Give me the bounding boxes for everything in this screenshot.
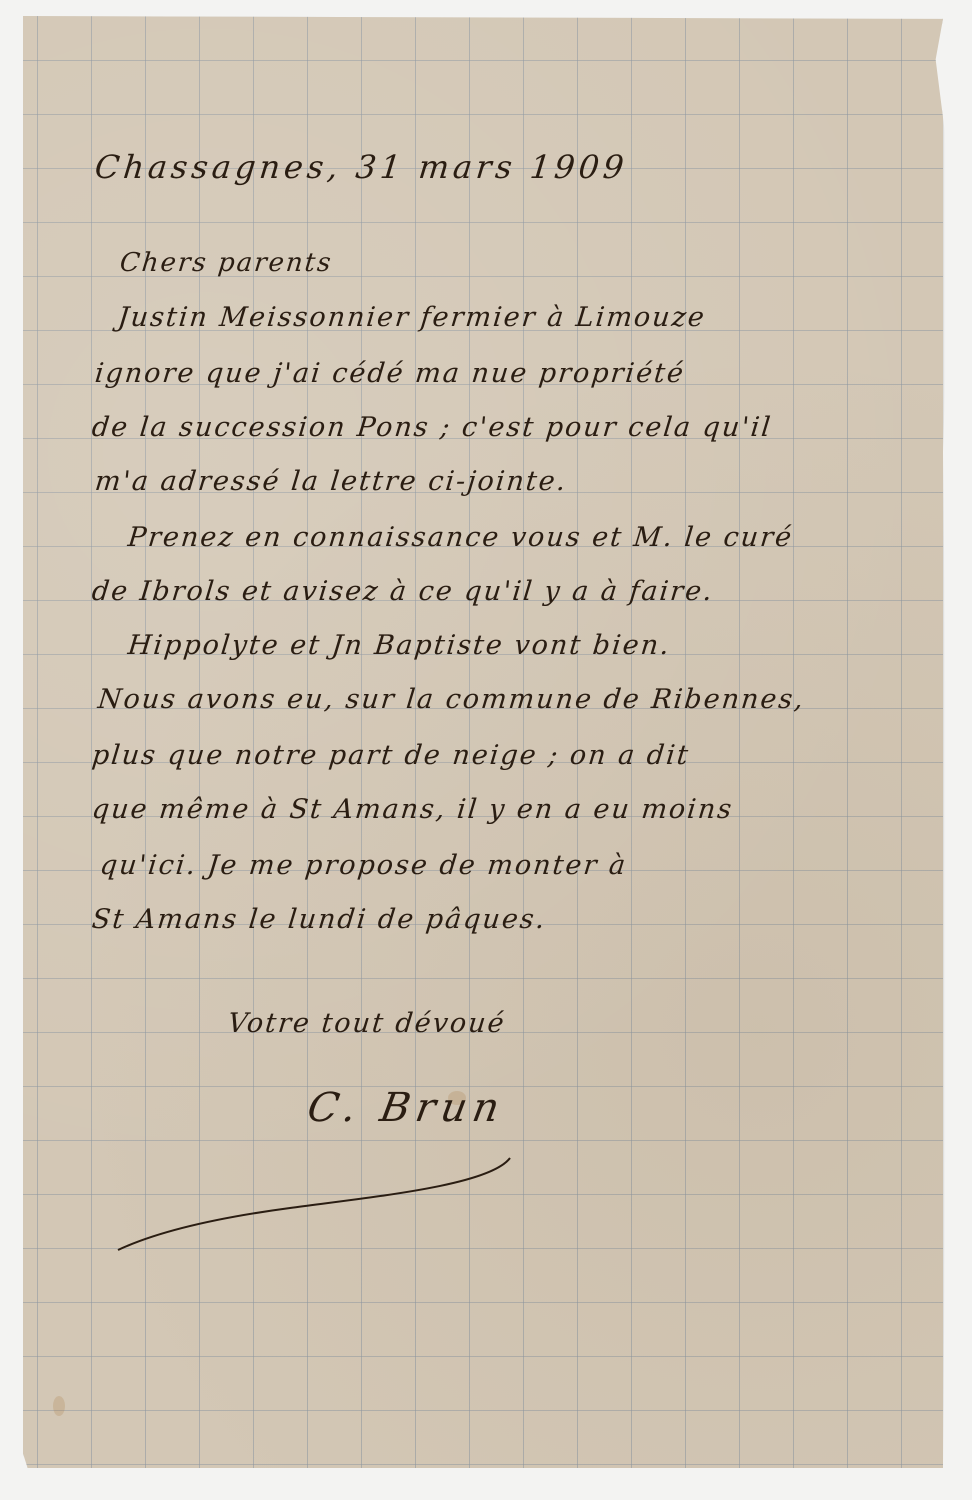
paper-stain [53,1396,65,1416]
place-date: Chassagnes, 31 mars 1909 [93,148,630,186]
body-line: m'a adressé la lettre ci-jointe. [93,466,569,497]
body-line: ignore que j'ai cédé ma nue propriété [93,358,686,389]
body-line: que même à St Amans, il y en a eu moins [90,794,734,825]
body-line: Nous avons eu, sur la commune de Ribenne… [96,684,806,715]
body-line: St Amans le lundi de pâques. [90,904,548,935]
body-line: qu'ici. Je me propose de monter à [98,850,628,881]
salutation: Chers parents [118,248,334,278]
body-line: de la succession Pons ; c'est pour cela … [90,412,773,443]
body-line: Justin Meissonnier fermier à Limouze [116,302,707,333]
body-line: Prenez en connaissance vous et M. le cur… [126,522,794,553]
signature-flourish-icon [110,1140,530,1260]
signature: C. Brun [304,1085,509,1131]
closing: Votre tout dévoué [226,1008,507,1039]
body-line: de Ibrols et avisez à ce qu'il y a à fai… [90,576,715,607]
body-line: Hippolyte et Jn Baptiste vont bien. [126,630,672,661]
body-line: plus que notre part de neige ; on a dit [90,740,691,771]
